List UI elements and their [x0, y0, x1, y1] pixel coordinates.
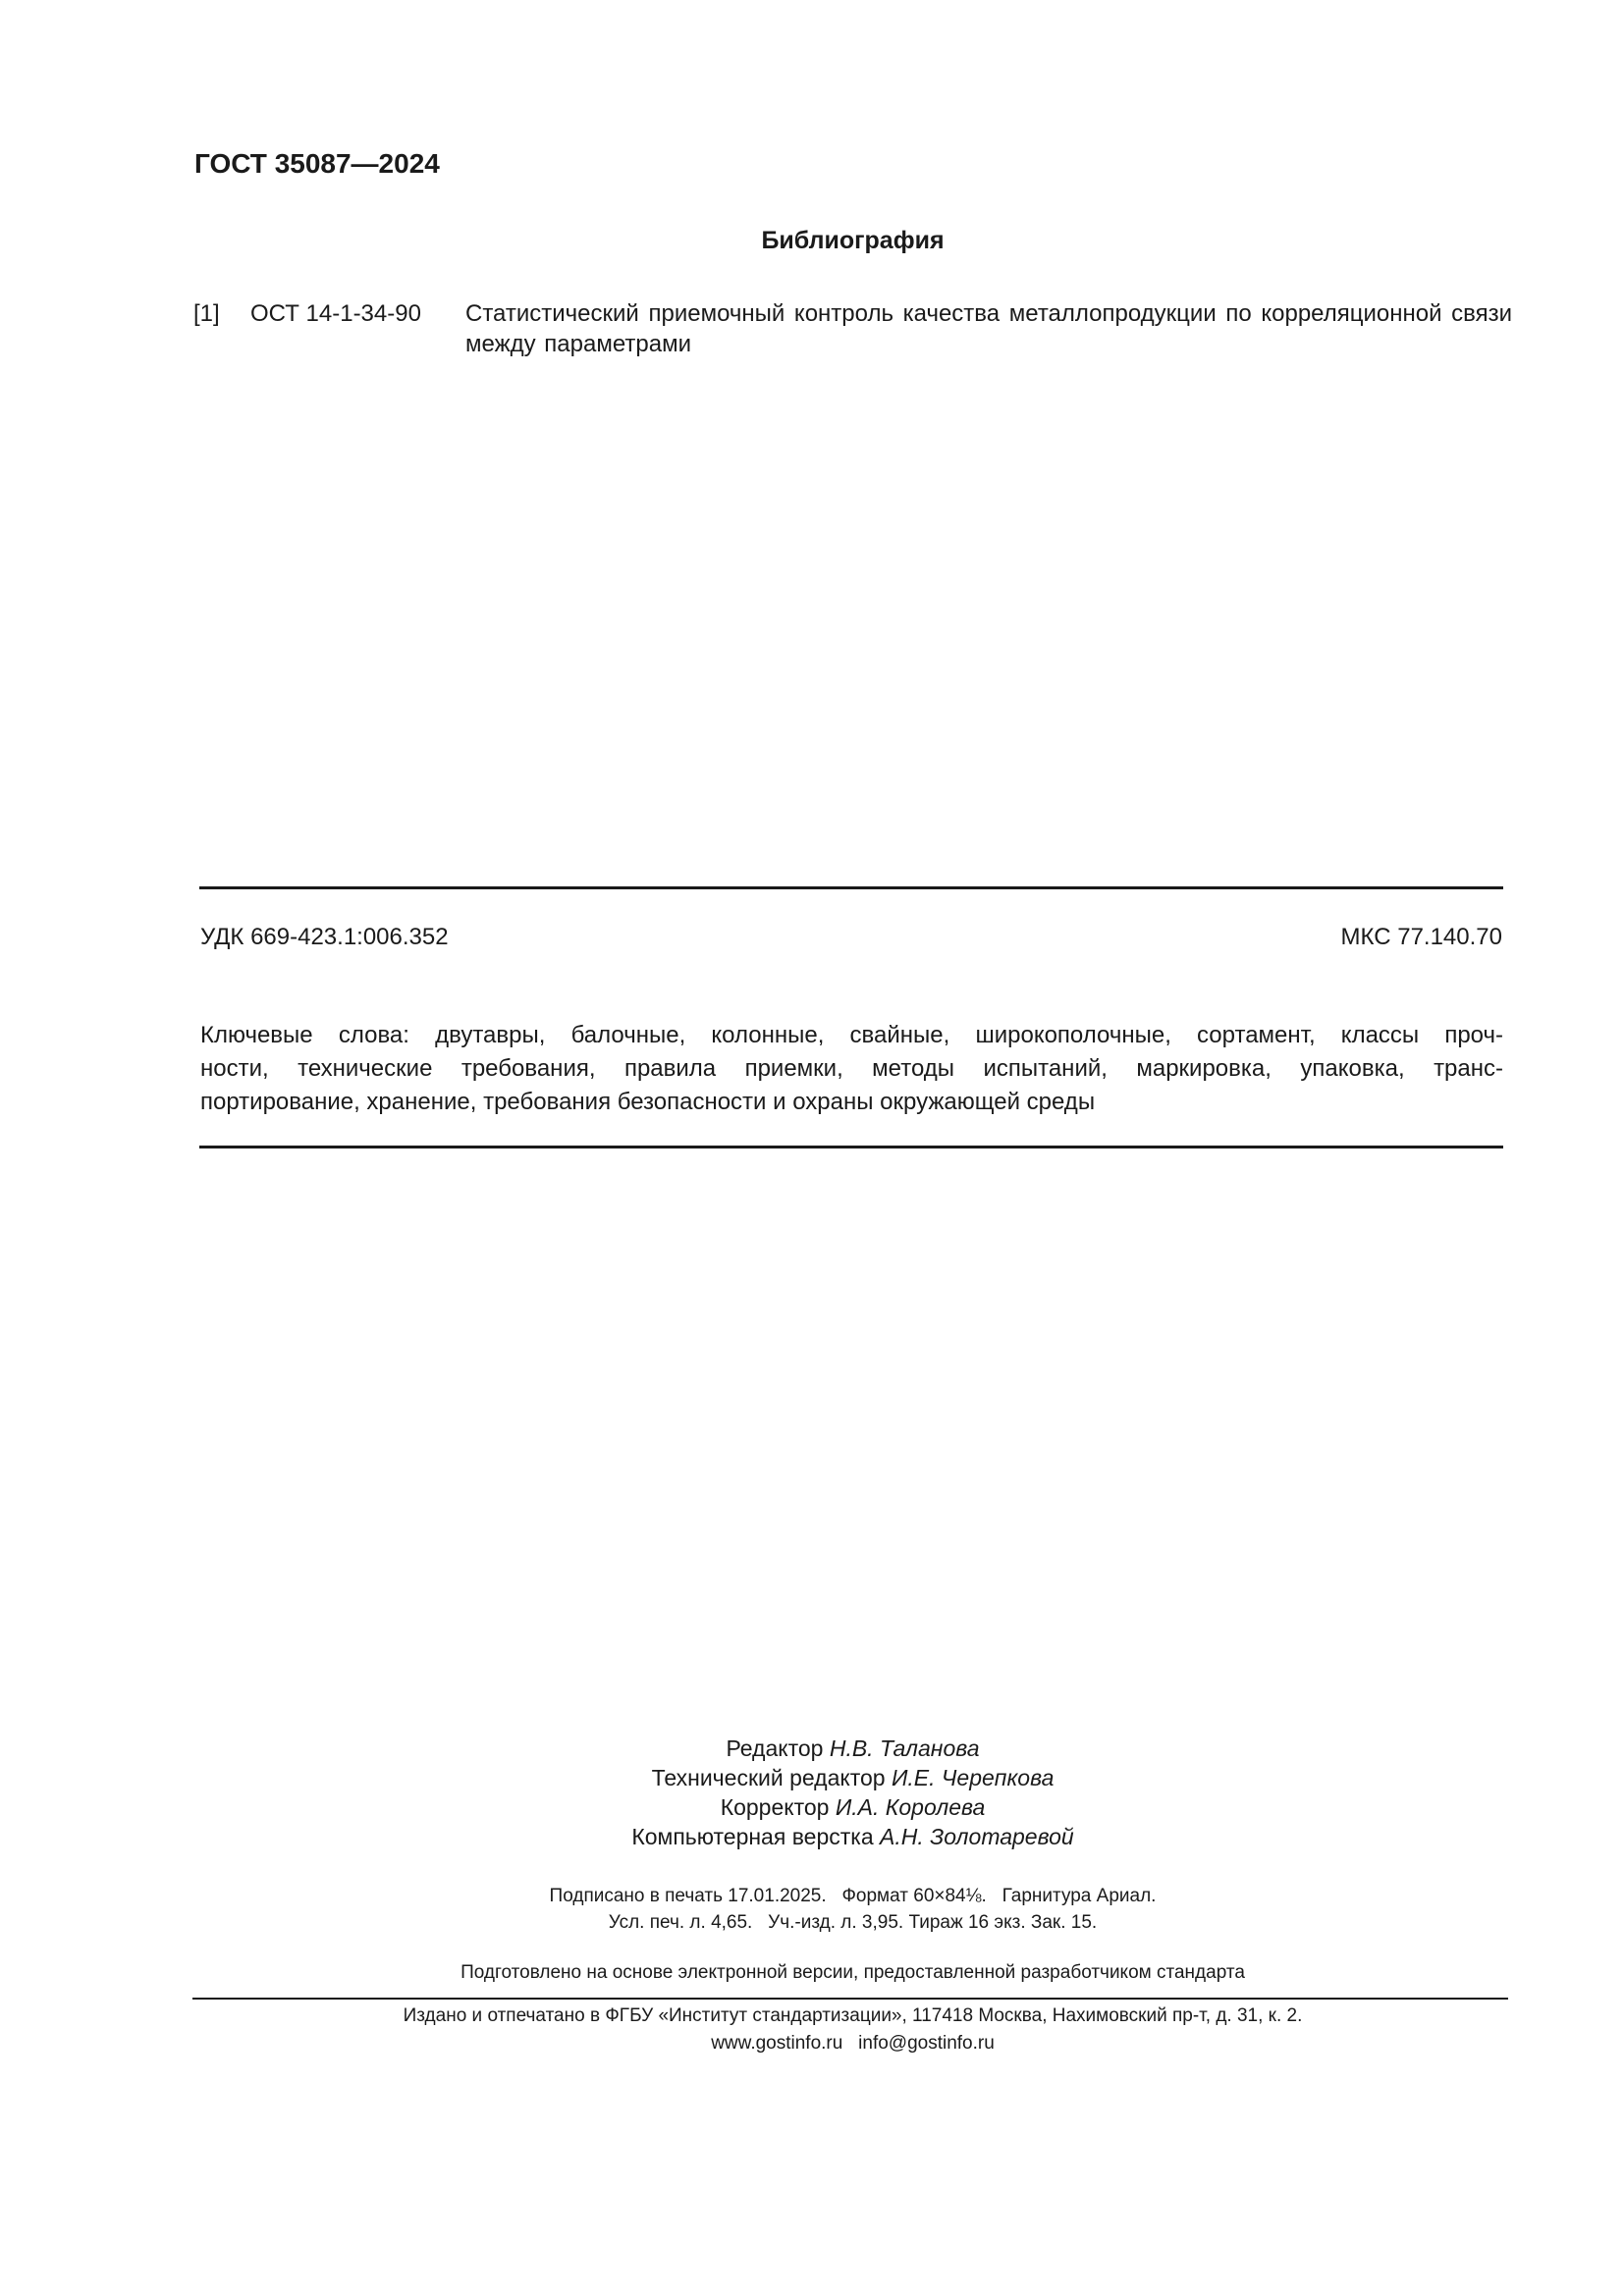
keywords-block: Ключевые слова: двутавры, балочные, коло… [200, 1019, 1503, 1119]
bibliography-entry-title: Статистический приемочный контроль качес… [465, 298, 1512, 359]
imprint-block: Подписано в печать 17.01.2025. Формат 60… [193, 1883, 1512, 1936]
credit-role: Технический редактор [652, 1765, 886, 1790]
credit-name: И.А. Королева [836, 1794, 985, 1820]
bibliography-title: Библиография [193, 226, 1512, 255]
keywords-line: Ключевые слова: двутавры, балочные, коло… [200, 1019, 1503, 1052]
credit-role: Редактор [726, 1735, 823, 1761]
credits-block: Редактор Н.В. Таланова Технический редак… [193, 1734, 1512, 1851]
credit-role: Корректор [721, 1794, 830, 1820]
credit-proofreader: Корректор И.А. Королева [193, 1792, 1512, 1822]
credit-editor: Редактор Н.В. Таланова [193, 1734, 1512, 1763]
credit-layout: Компьютерная верстка А.Н. Золотаревой [193, 1822, 1512, 1851]
publisher-address: Издано и отпечатано в ФГБУ «Институт ста… [193, 2002, 1512, 2030]
bibliography-entry-code: ОСТ 14-1-34-90 [250, 298, 421, 329]
divider-top [199, 886, 1503, 889]
credit-role: Компьютерная верстка [631, 1824, 873, 1849]
keywords-line: портирование, хранение, требования безоп… [200, 1086, 1503, 1119]
credit-name: А.Н. Золотаревой [880, 1824, 1074, 1849]
mks-code: МКС 77.140.70 [1341, 924, 1502, 951]
credit-technical-editor: Технический редактор И.Е. Черепкова [193, 1763, 1512, 1792]
divider-publisher [192, 1998, 1508, 2000]
divider-keywords [199, 1146, 1503, 1148]
credit-name: Н.В. Таланова [830, 1735, 980, 1761]
keywords-line: ности, технические требования, правила п… [200, 1052, 1503, 1086]
bibliography-entry-number: [1] [193, 298, 220, 329]
imprint-line-1: Подписано в печать 17.01.2025. Формат 60… [193, 1883, 1512, 1909]
udk-code: УДК 669-423.1:006.352 [200, 924, 449, 951]
credit-name: И.Е. Черепкова [892, 1765, 1054, 1790]
publisher-contacts: www.gostinfo.ru info@gostinfo.ru [193, 2030, 1512, 2057]
publisher-block: Издано и отпечатано в ФГБУ «Институт ста… [193, 2002, 1512, 2057]
prepared-note: Подготовлено на основе электронной верси… [193, 1960, 1512, 1986]
imprint-line-2: Усл. печ. л. 4,65. Уч.-изд. л. 3,95. Тир… [193, 1909, 1512, 1936]
document-id: ГОСТ 35087—2024 [194, 147, 440, 181]
